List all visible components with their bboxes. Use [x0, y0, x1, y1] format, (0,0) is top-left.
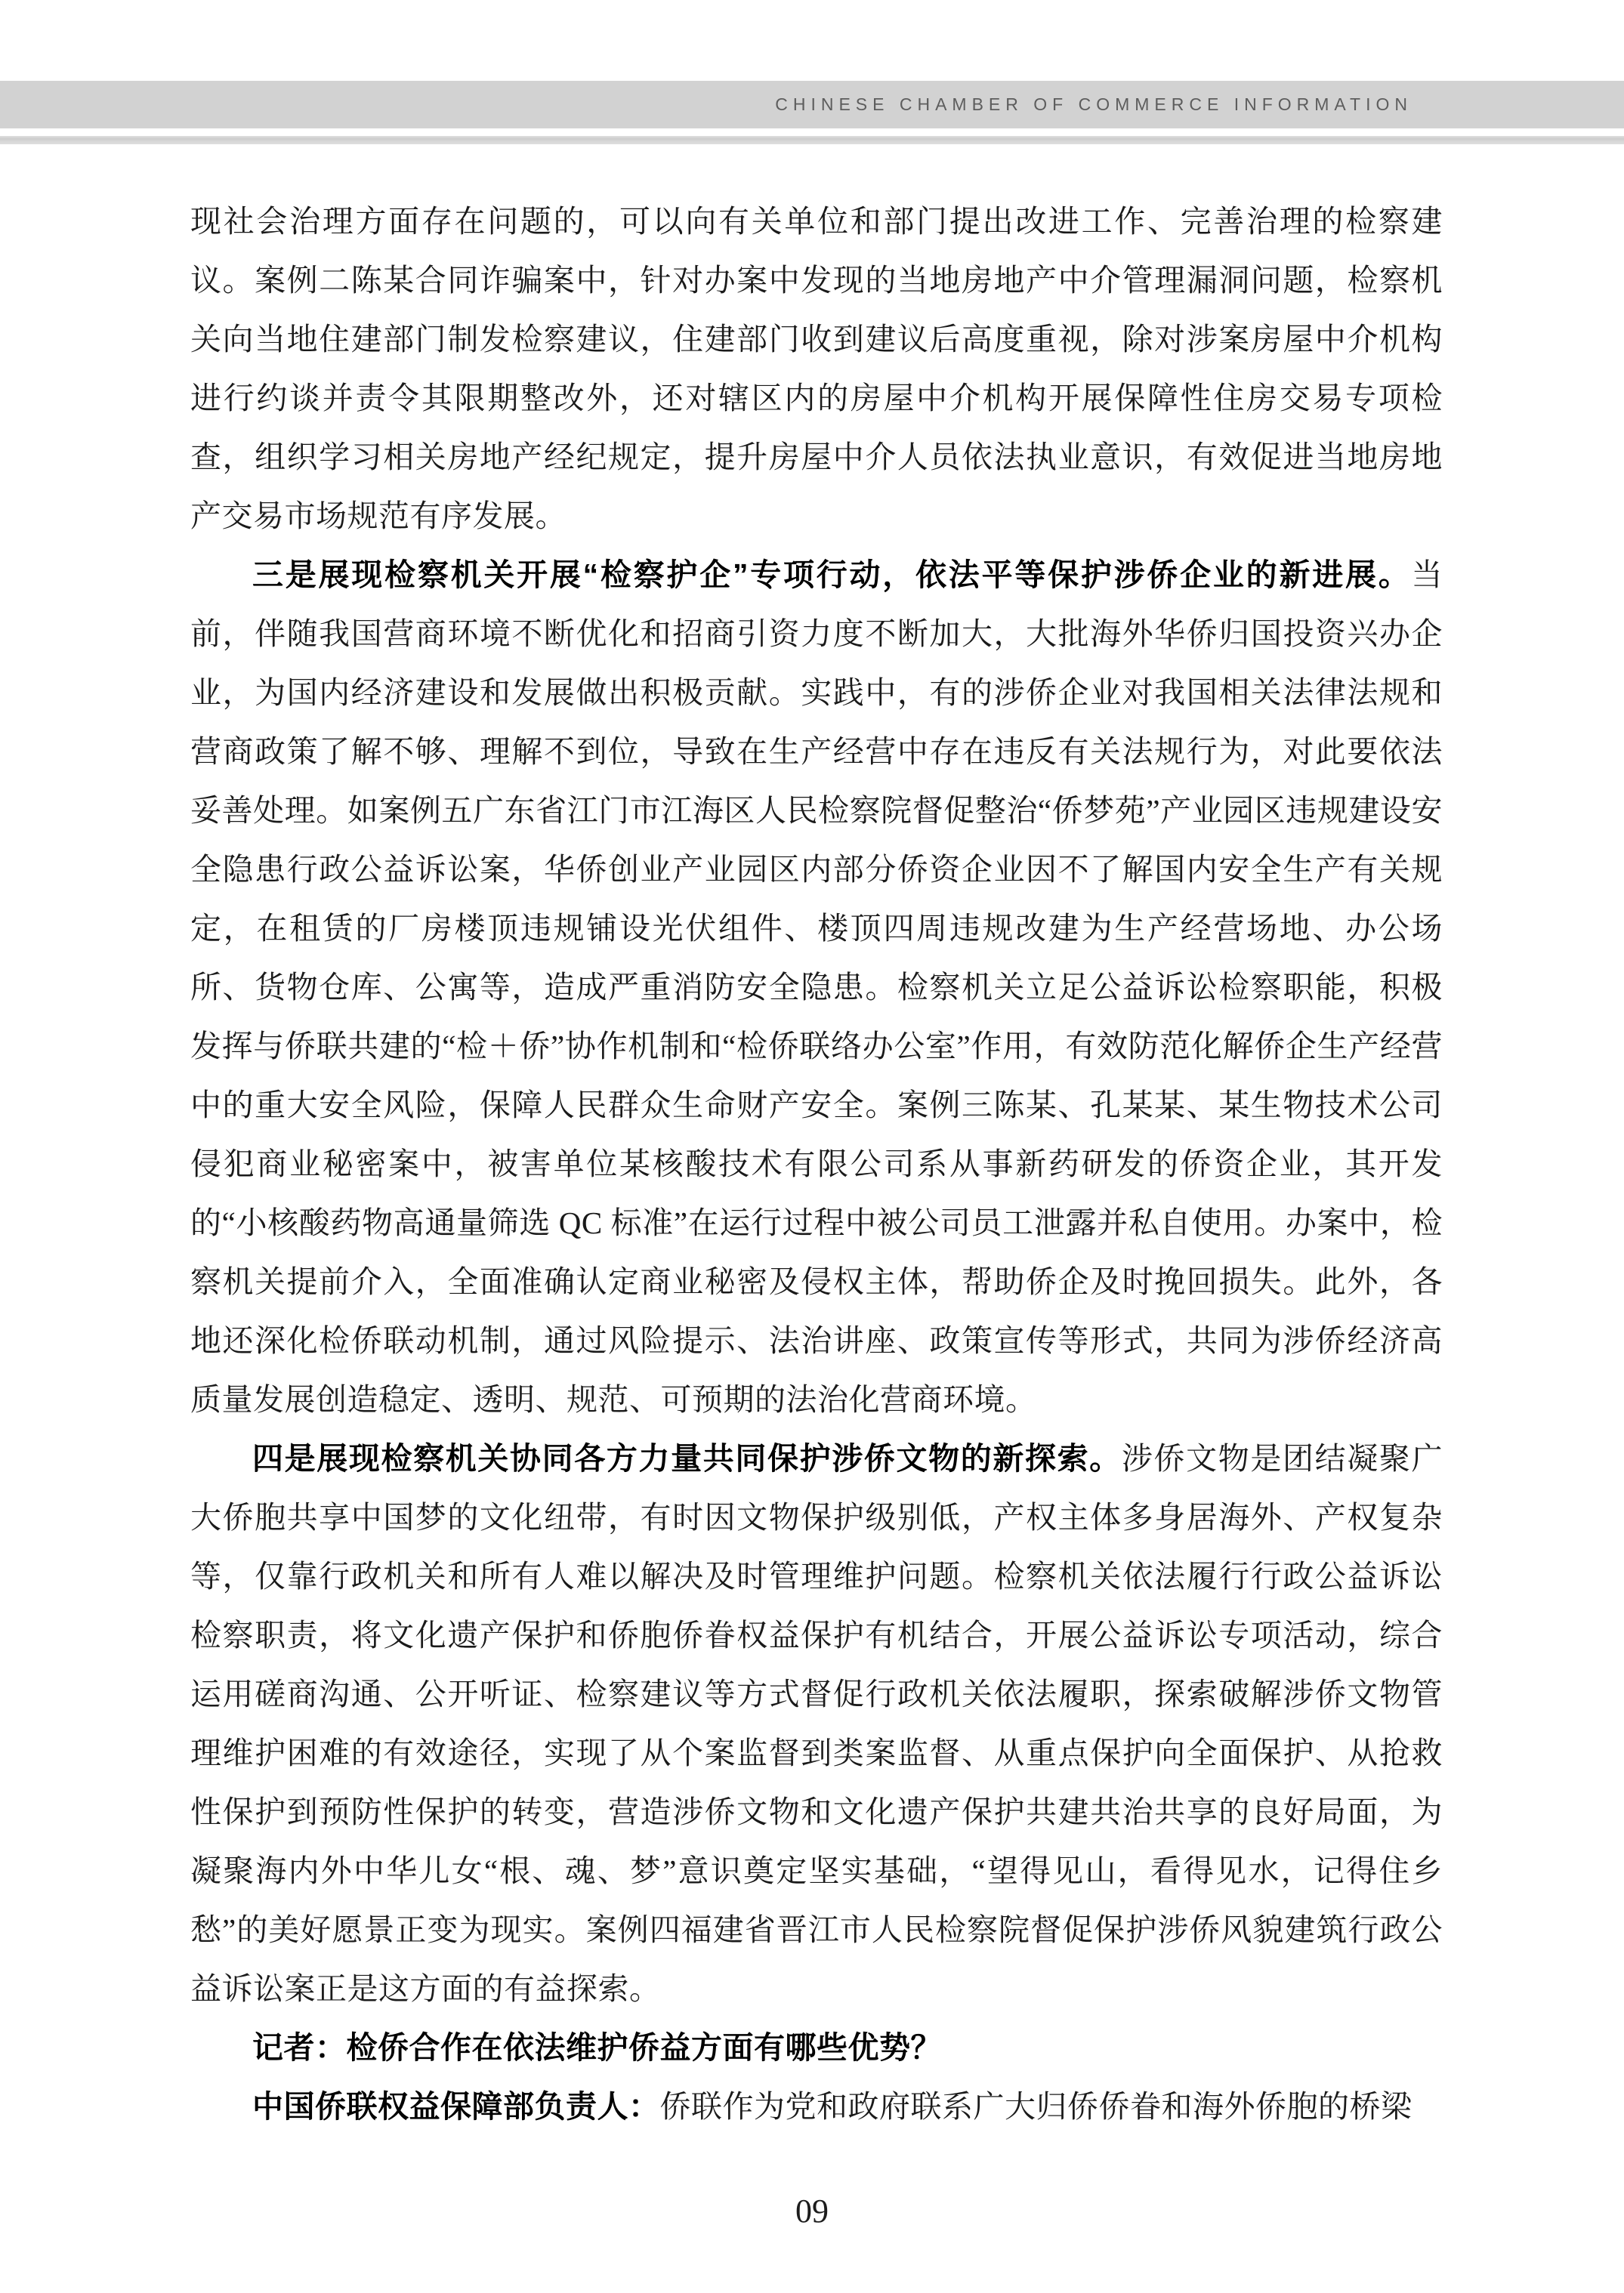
paragraph-point-four: 四是展现检察机关协同各方力量共同保护涉侨文物的新探索。涉侨文物是团结凝聚广大侨胞…	[190, 1429, 1443, 2018]
document-body: 现社会治理方面存在问题的，可以向有关单位和部门提出改进工作、完善治理的检察建议。…	[190, 192, 1443, 2136]
paragraph-text: 侨联作为党和政府联系广大归侨侨眷和海外侨胞的桥梁	[660, 2089, 1413, 2124]
header-title: CHINESE CHAMBER OF COMMERCE INFORMATION	[775, 94, 1413, 115]
paragraph-bold-lead: 记者：检侨合作在依法维护侨益方面有哪些优势？	[252, 2030, 942, 2065]
page-number: 09	[0, 2192, 1624, 2230]
paragraph-bold-lead: 四是展现检察机关协同各方力量共同保护涉侨文物的新探索。	[252, 1441, 1122, 1476]
paragraph-point-three: 三是展现检察机关开展“检察护企”专项行动，依法平等保护涉侨企业的新进展。当前，伴…	[190, 545, 1443, 1429]
paragraph-reporter-question: 记者：检侨合作在依法维护侨益方面有哪些优势？	[190, 2018, 1443, 2077]
paragraph-text: 现社会治理方面存在问题的，可以向有关单位和部门提出改进工作、完善治理的检察建议。…	[190, 204, 1443, 533]
paragraph-official-answer: 中国侨联权益保障部负责人：侨联作为党和政府联系广大归侨侨眷和海外侨胞的桥梁	[190, 2077, 1443, 2136]
header-band: CHINESE CHAMBER OF COMMERCE INFORMATION	[0, 81, 1624, 128]
paragraph-bold-lead: 三是展现检察机关开展“检察护企”专项行动，依法平等保护涉侨企业的新进展。	[252, 557, 1412, 592]
paragraph-text: 当前，伴随我国营商环境不断优化和招商引资力度不断加大，大批海外华侨归国投资兴办企…	[190, 557, 1443, 1417]
paragraph-bold-lead: 中国侨联权益保障部负责人：	[252, 2089, 660, 2124]
paragraph-text: 涉侨文物是团结凝聚广大侨胞共享中国梦的文化纽带，有时因文物保护级别低，产权主体多…	[190, 1441, 1443, 2006]
paragraph-continuation: 现社会治理方面存在问题的，可以向有关单位和部门提出改进工作、完善治理的检察建议。…	[190, 192, 1443, 545]
header-rule-divider	[0, 136, 1624, 144]
